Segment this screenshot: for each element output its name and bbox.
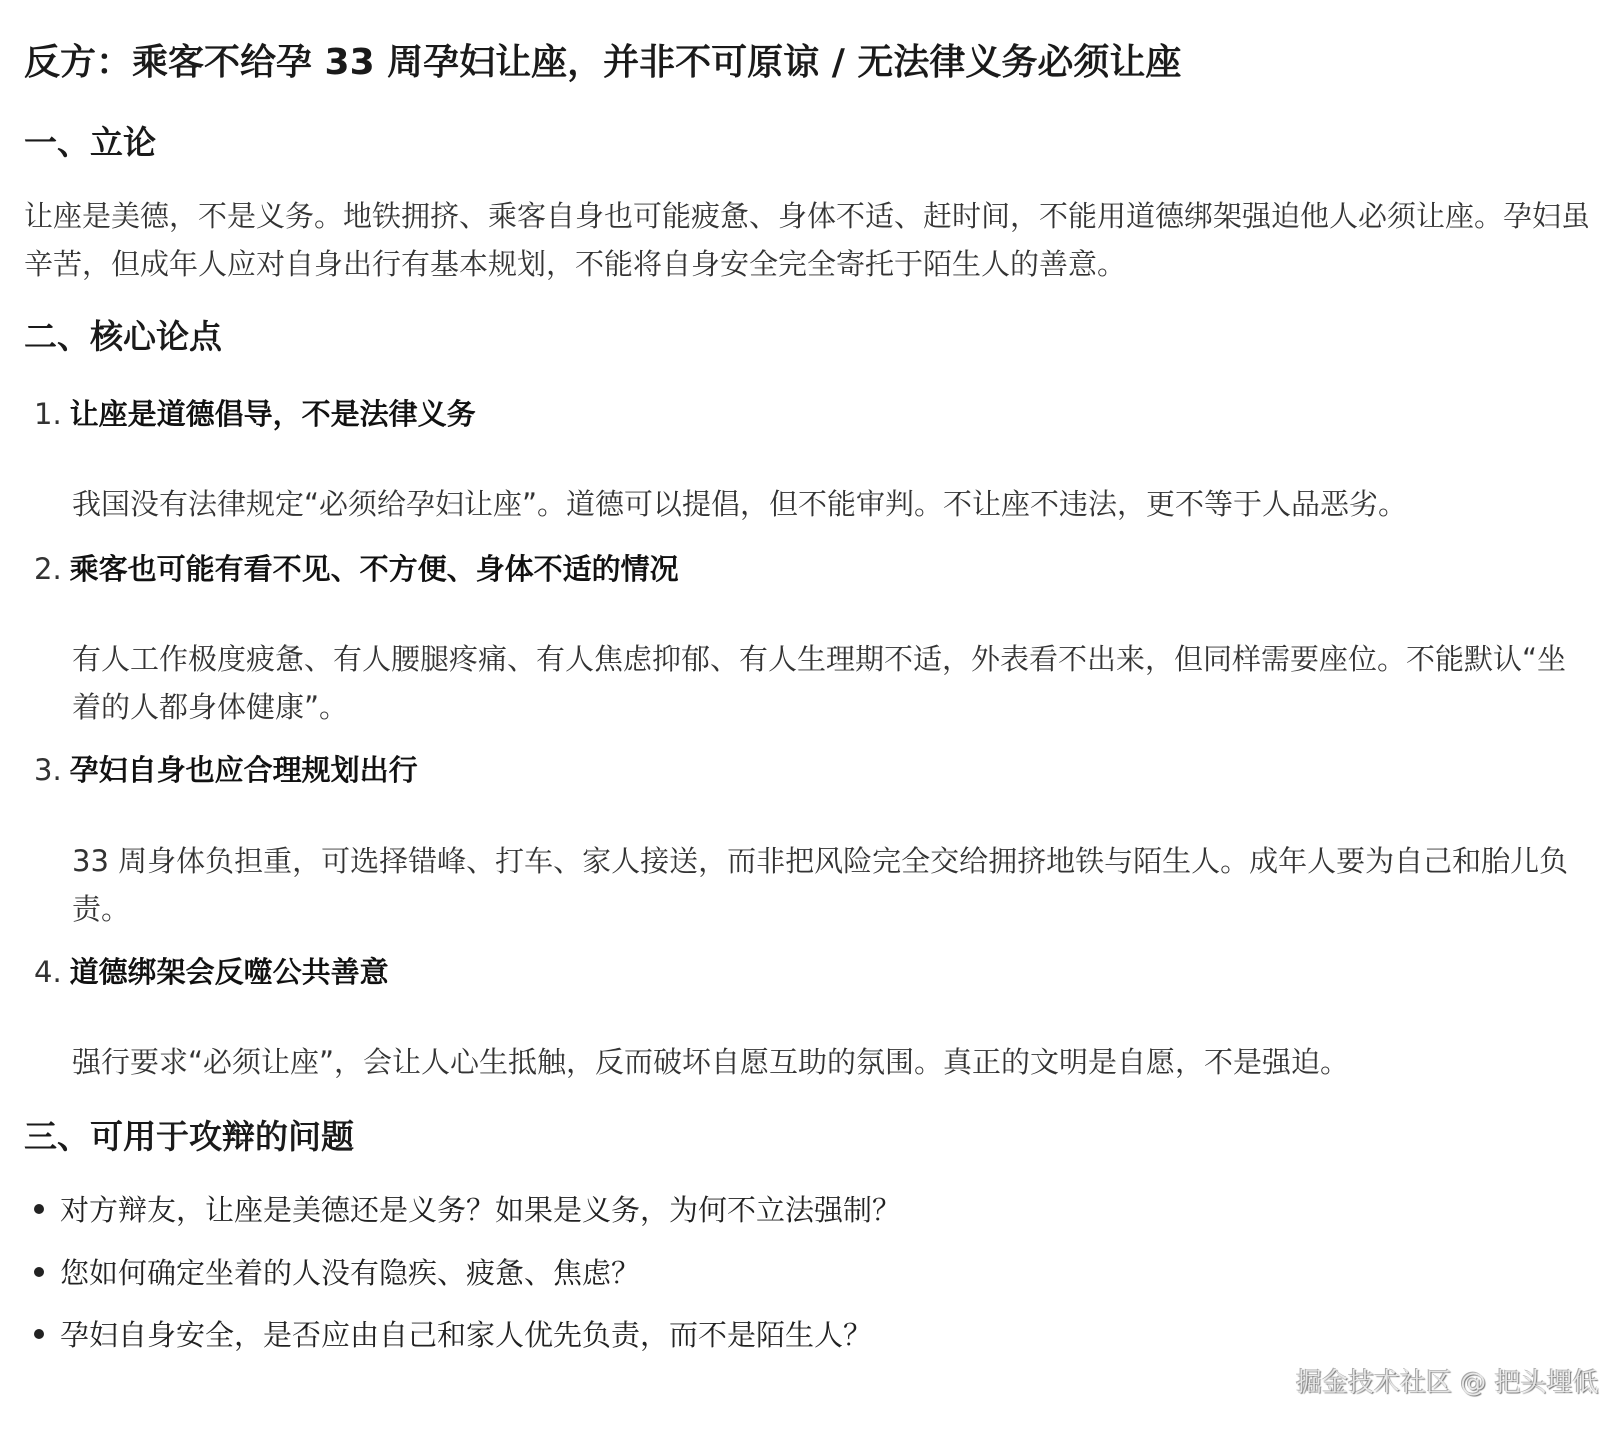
bullet-icon — [34, 1329, 44, 1339]
point-title: 乘客也可能有看不见、不方便、身体不适的情况 — [70, 552, 679, 586]
bullet-icon — [34, 1204, 44, 1214]
point-body-3: 33 周身体负担重，可选择错峰、打车、家人接送，而非把风险完全交给拥挤地铁与陌生… — [72, 837, 1592, 933]
watermark: 掘金技术社区 @ 把头埋低 — [1296, 1366, 1599, 1400]
point-body-4: 强行要求“必须让座”，会让人心生抵触，反而破坏自愿互助的氛围。真正的文明是自愿，… — [72, 1038, 1592, 1086]
point-title: 让座是道德倡导，不是法律义务 — [70, 397, 476, 431]
point-heading-3: 3.孕妇自身也应合理规划出行 — [34, 750, 418, 790]
question-item: 孕妇自身安全，是否应由自己和家人优先负责，而不是陌生人？ — [34, 1315, 872, 1355]
section-heading-argument: 一、立论 — [24, 120, 156, 166]
point-number: 1. — [34, 397, 62, 431]
section-paragraph-argument: 让座是美德，不是义务。地铁拥挤、乘客自身也可能疲惫、身体不适、赶时间，不能用道德… — [24, 192, 1594, 288]
question-item: 您如何确定坐着的人没有隐疾、疲惫、焦虑？ — [34, 1253, 640, 1293]
point-title: 孕妇自身也应合理规划出行 — [70, 753, 418, 787]
point-heading-4: 4.道德绑架会反噬公共善意 — [34, 952, 389, 992]
section-heading-questions: 三、可用于攻辩的问题 — [24, 1114, 354, 1160]
question-item: 对方辩友，让座是美德还是义务？如果是义务，为何不立法强制？ — [34, 1190, 901, 1230]
bullet-icon — [34, 1267, 44, 1277]
section-heading-core-points: 二、核心论点 — [24, 314, 222, 360]
point-number: 2. — [34, 552, 62, 586]
point-title: 道德绑架会反噬公共善意 — [70, 955, 389, 989]
point-number: 4. — [34, 955, 62, 989]
point-number: 3. — [34, 753, 62, 787]
point-body-1: 我国没有法律规定“必须给孕妇让座”。道德可以提倡，但不能审判。不让座不违法，更不… — [72, 480, 1592, 528]
point-heading-1: 1.让座是道德倡导，不是法律义务 — [34, 394, 476, 434]
point-body-2: 有人工作极度疲惫、有人腰腿疼痛、有人焦虑抑郁、有人生理期不适，外表看不出来，但同… — [72, 635, 1592, 731]
document-title: 反方：乘客不给孕 33 周孕妇让座，并非不可原谅 / 无法律义务必须让座 — [24, 38, 1181, 88]
point-heading-2: 2.乘客也可能有看不见、不方便、身体不适的情况 — [34, 549, 679, 589]
